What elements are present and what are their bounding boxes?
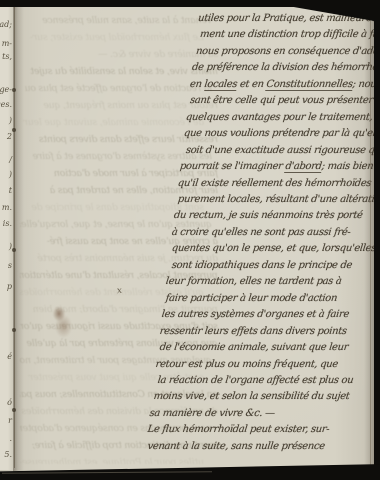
stitch-dot (12, 408, 16, 412)
margin-fragment: é (7, 352, 12, 361)
manuscript-line: du rectum, je suis néanmoins très porté (173, 208, 351, 224)
manuscript-line: soit d'une exactitude aussi rigoureuse q… (185, 143, 359, 159)
manuscript-line: la réaction de l'organe affecté est plus… (157, 373, 331, 389)
manuscript-line: quentes qu'on le pense, et que, lorsqu'e… (171, 241, 347, 257)
manuscript-line: de préférence la division des hémorrhoïd… (191, 60, 369, 76)
manuscript-line: retour est plus ou moins fréquent, que (155, 357, 333, 373)
margin-fragment: p (7, 282, 12, 291)
scan-border-top (0, 0, 380, 7)
scanned-manuscript: venant à la suite, sans nulle présenceLe… (0, 0, 380, 480)
manuscript-line: sont idiopathiques dans le principe de (171, 258, 345, 274)
manuscript-line: de l'économie animale, suivant que leur (159, 340, 335, 356)
margin-fragment: m- (2, 39, 12, 48)
stitch-dot (12, 128, 16, 132)
manuscript-line: Le flux hémorrhoïdal peut exister, sur- (146, 422, 324, 438)
binding-fold-line (14, 5, 15, 468)
manuscript-line: sant être celle qui peut vous présenter (189, 93, 365, 109)
stitch-dot (12, 248, 16, 252)
margin-fragment: . (9, 434, 12, 443)
margin-fragment: ge- (0, 85, 12, 94)
manuscript-line: purement locales, résultant d'une altéra… (177, 192, 353, 208)
margin-fragment: r (8, 416, 12, 425)
page-edge-shadow (364, 0, 374, 480)
margin-fragment: ó (7, 398, 12, 407)
stitch-dot (12, 328, 16, 332)
manuscript-line: les autres systèmes d'organes et à faire (161, 307, 339, 323)
manuscript-line: nous proposons en conséquence d'adopter (195, 44, 371, 60)
ink-blot (47, 299, 77, 341)
stitch-dot (12, 88, 16, 92)
page-edge-line (370, 0, 371, 480)
manuscript-line: venant à la suite, sans nulle présence (146, 439, 322, 455)
manuscript-line: qu'il existe réellement des hémorrhoïdes (177, 176, 355, 192)
margin-fragment: Des. (0, 100, 12, 109)
margin-fragment: ) (9, 170, 12, 179)
manuscript-line: ressentir leurs effets dans divers point… (159, 324, 337, 340)
manuscript-line: moins vive, et selon la sensibilité du s… (153, 389, 329, 405)
manuscript-line: en locales et en Constitutionnelles; nou… (189, 77, 367, 93)
manuscript-line: leur formation, elles ne tardent pas à (165, 274, 343, 290)
manuscript-line: à croire qu'elles ne sont pas aussi fré- (171, 225, 349, 241)
margin-fragment: 2 (7, 132, 12, 141)
scan-border-right (374, 0, 380, 480)
manuscript-line: quelques avantages pour le traitement, n… (185, 110, 363, 126)
manuscript-line: faire participer à leur mode d'action (165, 291, 341, 307)
margin-fragment: m. (2, 203, 12, 212)
manuscript-line: ment une distinction trop difficile à fa… (199, 27, 373, 43)
margin-fragment: ts, (2, 52, 12, 61)
margin-fragment: is. (3, 219, 12, 228)
margin-fragment: t (9, 186, 12, 195)
margin-fragment: / (9, 155, 12, 164)
manuscript-line: pourrait se l'imaginer d'abord; mais bie… (179, 159, 357, 175)
margin-fragment: s (8, 261, 12, 270)
manuscript-line: sa manière de vivre &c. — (148, 406, 326, 422)
margin-fragment: 5. (4, 450, 12, 459)
manuscript-line: que nous voulions prétendre par là qu'el… (183, 126, 361, 142)
margin-fragment: ) (9, 116, 12, 125)
margin-fragment: ad; (0, 20, 12, 29)
